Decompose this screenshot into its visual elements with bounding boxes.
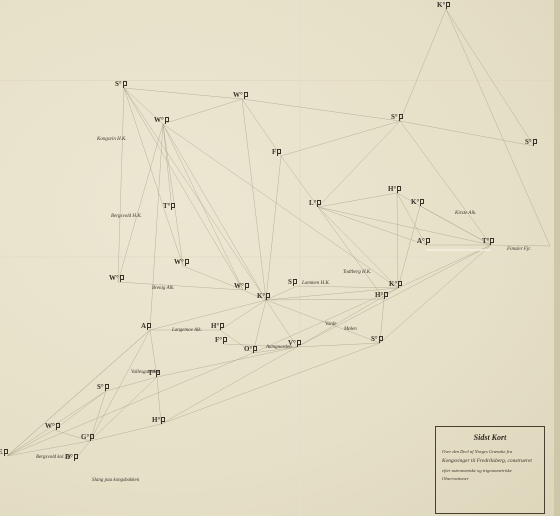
place-name: Vallesgaarden — [131, 370, 159, 375]
station-w1: W° — [233, 92, 245, 99]
station-h4: H° — [152, 417, 162, 424]
sight-line — [297, 245, 491, 347]
signal-flag-icon — [398, 281, 399, 288]
station-f1: F — [272, 149, 278, 156]
signal-flag-icon — [293, 279, 294, 286]
sight-line — [163, 99, 242, 124]
sight-line — [397, 193, 398, 288]
signal-flag-icon — [426, 238, 427, 245]
sight-line — [318, 207, 426, 245]
station-s1: S° — [115, 81, 124, 88]
station-label: F° — [215, 336, 222, 344]
place-name: Brenig Alk. — [152, 286, 175, 291]
station-label: S° — [97, 383, 104, 391]
place-name: Kirste Alk. — [455, 211, 476, 216]
station-s3: S° — [525, 139, 534, 146]
station-k2: K° — [257, 293, 267, 300]
sight-line — [266, 286, 297, 300]
station-label: S° — [115, 80, 122, 88]
title-cartouche: Sidst Kort Over den Deel af Norges Grænd… — [435, 426, 545, 514]
station-label: W° — [234, 282, 244, 290]
sight-line — [157, 347, 297, 377]
sight-line — [398, 245, 491, 288]
sight-line — [266, 156, 281, 300]
station-h2: H° — [375, 292, 385, 299]
station-label: K° — [389, 280, 397, 288]
map-sheet: S°W°W°K°S°S°FL°H°K°A°T°T°W°W°W°K°SK°H°S°… — [0, 0, 560, 516]
station-label: S° — [525, 138, 532, 146]
station-label: T° — [482, 237, 489, 245]
station-f2: F° — [215, 337, 224, 344]
place-name: Kongsvin H.K. — [97, 137, 127, 142]
place-name: Langemoe Alk. — [172, 328, 202, 333]
station-o1: O° — [244, 346, 254, 353]
station-w3: W° — [174, 259, 186, 266]
signal-flag-icon — [74, 454, 75, 461]
station-label: S° — [391, 113, 398, 121]
signal-flag-icon — [4, 449, 5, 456]
station-h1: H° — [388, 186, 398, 193]
place-name: Mølen — [344, 327, 357, 332]
sight-line — [161, 347, 297, 424]
signal-flag-icon — [120, 275, 121, 282]
station-label: W° — [154, 116, 164, 124]
signal-flag-icon — [90, 434, 91, 441]
place-name: Bergsvold H.K. — [111, 214, 142, 219]
place-name: Bergsvold kol. Fj. — [36, 455, 72, 460]
station-label: E — [0, 448, 3, 456]
sight-line — [242, 99, 400, 121]
place-name: Slang paa kongsbakken — [92, 478, 139, 483]
sight-line — [118, 124, 163, 282]
station-w4: W° — [109, 275, 121, 282]
station-label: L° — [309, 199, 316, 207]
place-name: Aamgaarden — [266, 345, 292, 350]
station-label: W° — [109, 274, 119, 282]
station-w5: W° — [234, 283, 246, 290]
station-label: H° — [211, 322, 219, 330]
place-name: Lommen H.K. — [302, 281, 330, 286]
sight-line — [281, 121, 400, 156]
signal-flag-icon — [446, 2, 447, 9]
sight-line — [318, 121, 400, 207]
signal-flag-icon — [56, 423, 57, 430]
station-label: H° — [388, 185, 396, 193]
station-label: G° — [81, 433, 89, 441]
sight-line — [266, 299, 384, 300]
signal-flag-icon — [490, 238, 491, 245]
signal-flag-icon — [223, 337, 224, 344]
signal-flag-icon — [379, 336, 380, 343]
signal-flag-icon — [253, 346, 254, 353]
signal-flag-icon — [123, 81, 124, 88]
place-name: Todtberg H.K. — [343, 270, 371, 275]
signal-flag-icon — [161, 417, 162, 424]
station-k1: K° — [411, 199, 421, 206]
station-s2: S° — [391, 114, 400, 121]
station-label: F — [272, 148, 276, 156]
sight-line — [118, 88, 124, 282]
station-label: O° — [244, 345, 252, 353]
station-label: K° — [411, 198, 419, 206]
station-label: H° — [152, 416, 160, 424]
signal-flag-icon — [277, 149, 278, 156]
sight-line — [7, 430, 54, 456]
subtitle-line-4: Observationer — [442, 476, 469, 481]
sight-line — [297, 286, 398, 288]
signal-flag-icon — [185, 259, 186, 266]
sight-line — [400, 121, 491, 245]
station-s4: S — [288, 279, 294, 286]
signal-flag-icon — [147, 323, 148, 330]
sight-line — [124, 88, 242, 99]
station-w2: W° — [154, 117, 166, 124]
station-label: W° — [233, 91, 243, 99]
sight-line — [163, 124, 266, 300]
sight-line — [297, 343, 380, 347]
place-name: Fimsler Fjr. — [507, 247, 531, 252]
station-a1: A° — [417, 238, 427, 245]
signal-flag-icon — [420, 199, 421, 206]
sight-line — [90, 424, 161, 441]
subtitle-line-2: Kongsvinger til Fredriksberg, construere… — [442, 458, 532, 464]
signal-flag-icon — [297, 340, 298, 347]
sight-line — [491, 245, 550, 246]
signal-flag-icon — [397, 186, 398, 193]
sight-line — [54, 391, 106, 430]
station-t2: T° — [163, 203, 172, 210]
sight-line — [380, 245, 491, 343]
station-label: A — [141, 322, 146, 330]
station-t1: T° — [482, 238, 491, 245]
station-label: W° — [174, 258, 184, 266]
sight-line — [161, 343, 380, 424]
signal-flag-icon — [399, 114, 400, 121]
station-label: S° — [371, 335, 378, 343]
station-s6: S° — [97, 384, 106, 391]
signal-flag-icon — [105, 384, 106, 391]
signal-flag-icon — [244, 92, 245, 99]
station-a2: A — [141, 323, 148, 330]
sight-line — [400, 9, 446, 121]
sight-line — [7, 353, 253, 456]
sight-line — [400, 121, 534, 146]
signal-flag-icon — [165, 117, 166, 124]
sight-line — [7, 330, 150, 456]
sight-line — [446, 9, 534, 146]
signal-flag-icon — [220, 323, 221, 330]
station-label: H° — [375, 291, 383, 299]
station-h3: H° — [211, 323, 221, 330]
sight-line — [124, 88, 183, 266]
signal-flag-icon — [384, 292, 385, 299]
subtitle-line-3: efter astronomiske og trigonometriske — [442, 468, 512, 473]
station-label: S — [288, 278, 292, 286]
signal-flag-icon — [245, 283, 246, 290]
station-label: T° — [163, 202, 170, 210]
station-s5: S° — [371, 336, 380, 343]
signal-flag-icon — [533, 139, 534, 146]
signal-flag-icon — [171, 203, 172, 210]
sight-line — [150, 124, 163, 330]
place-name: Varde — [325, 322, 336, 327]
station-k3: K° — [389, 281, 399, 288]
sight-line — [398, 206, 420, 288]
sight-line — [150, 300, 266, 330]
station-g1: G° — [81, 434, 91, 441]
station-l_top: K° — [437, 2, 447, 9]
station-label: A° — [417, 237, 425, 245]
station-label: K° — [257, 292, 265, 300]
station-e1: E — [0, 449, 5, 456]
sight-line — [118, 282, 243, 290]
station-l1: L° — [309, 200, 318, 207]
sight-line — [318, 207, 398, 288]
signal-flag-icon — [266, 293, 267, 300]
subtitle-line-1: Over den Deel af Norges Grændse fra — [442, 449, 512, 454]
map-title: Sidst Kort — [436, 433, 544, 442]
station-label: W° — [45, 422, 55, 430]
station-w6: W° — [45, 423, 57, 430]
signal-flag-icon — [317, 200, 318, 207]
station-label: K° — [437, 1, 445, 9]
sight-line — [318, 193, 397, 207]
sight-line — [220, 300, 266, 330]
